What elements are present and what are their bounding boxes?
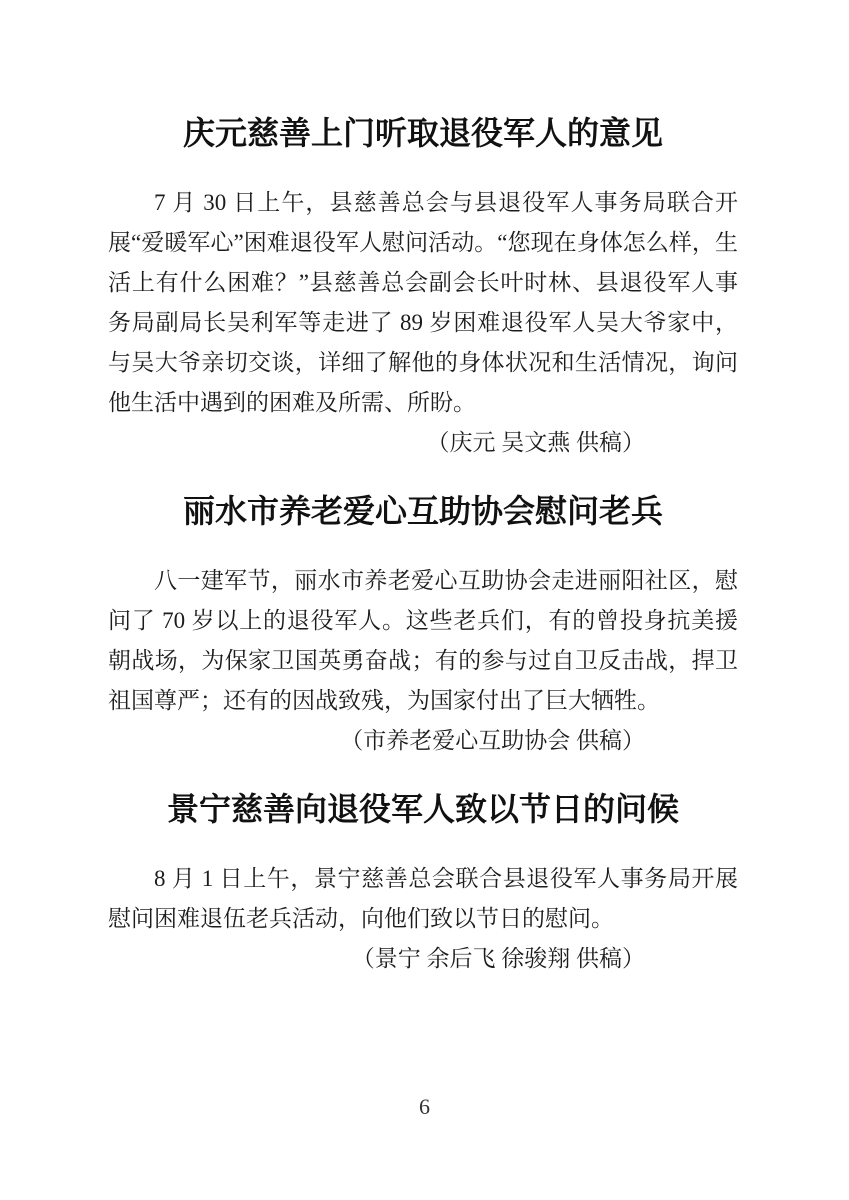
article-section: 景宁慈善向退役军人致以节日的问候 8 月 1 日上午，景宁慈善总会联合县退役军人…	[108, 789, 738, 979]
article-body: 八一建军节，丽水市养老爱心互助协会走进丽阳社区，慰问了 70 岁以上的退役军人。…	[108, 561, 738, 721]
article-body: 8 月 1 日上午，景宁慈善总会联合县退役军人事务局开展慰问困难退伍老兵活动，向…	[108, 859, 738, 939]
article-attribution: （景宁 余后飞 徐骏翔 供稿）	[108, 939, 738, 979]
article-title: 丽水市养老爱心互助协会慰问老兵	[108, 491, 738, 531]
page-number: 6	[0, 1092, 849, 1122]
article-title: 景宁慈善向退役军人致以节日的问候	[108, 789, 738, 829]
article-body: 7 月 30 日上午，县慈善总会与县退役军人事务局联合开展“爱暖军心”困难退役军…	[108, 183, 738, 423]
article-attribution: （市养老爱心互助协会 供稿）	[108, 721, 738, 761]
article-attribution: （庆元 吴文燕 供稿）	[108, 423, 738, 463]
article-section: 丽水市养老爱心互助协会慰问老兵 八一建军节，丽水市养老爱心互助协会走进丽阳社区，…	[108, 491, 738, 761]
article-section: 庆元慈善上门听取退役军人的意见 7 月 30 日上午，县慈善总会与县退役军人事务…	[108, 113, 738, 463]
article-title: 庆元慈善上门听取退役军人的意见	[108, 113, 738, 153]
document-page: 庆元慈善上门听取退役军人的意见 7 月 30 日上午，县慈善总会与县退役军人事务…	[0, 0, 849, 1200]
